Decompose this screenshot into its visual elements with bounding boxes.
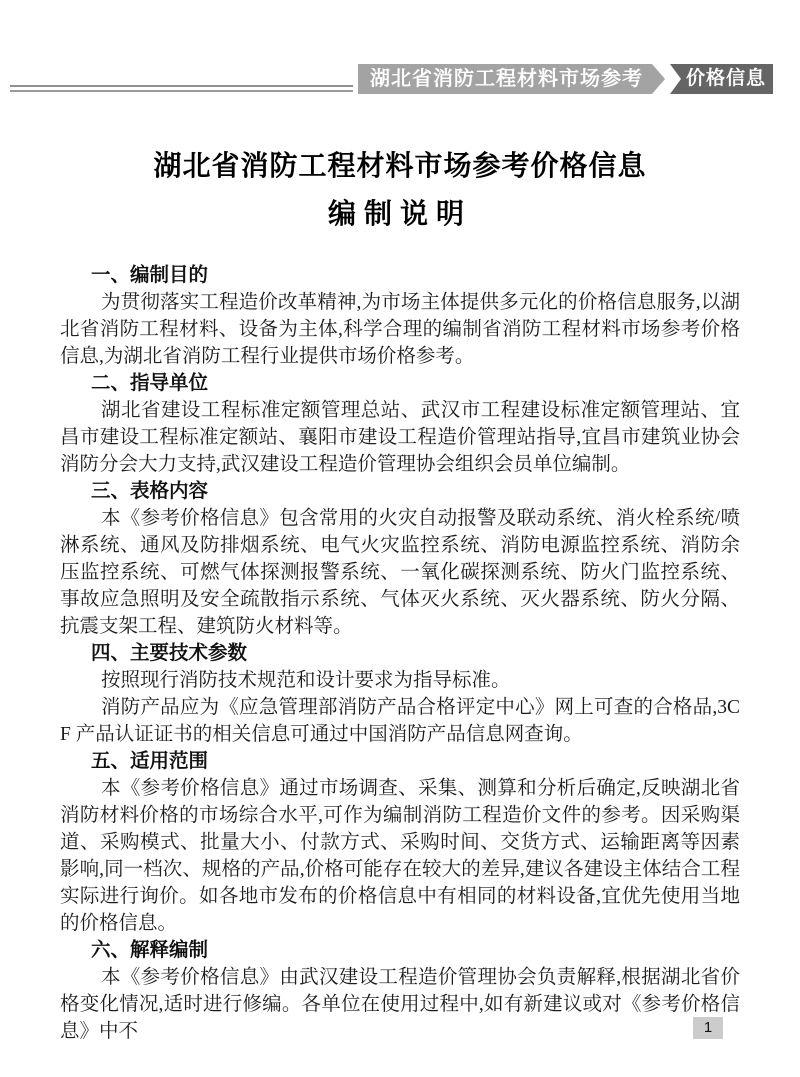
section-paragraph: 按照现行消防技术规范和设计要求为指导标准。	[60, 667, 740, 694]
section-heading-3: 三、表格内容	[60, 478, 740, 505]
section-paragraph: 本《参考价格信息》通过市场调查、采集、测算和分析后确定,反映湖北省消防材料价格的…	[60, 775, 740, 937]
page-subtitle: 编制说明	[60, 196, 740, 234]
document-content: 湖北省消防工程材料市场参考价格信息 编制说明 一、编制目的 为贯彻落实工程造价改…	[60, 0, 740, 1045]
document-body: 一、编制目的 为贯彻落实工程造价改革精神,为市场主体提供多元化的价格信息服务,以…	[60, 262, 740, 1045]
section-paragraph: 本《参考价格信息》由武汉建设工程造价管理协会负责解释,根据湖北省价格变化情况,适…	[60, 964, 740, 1045]
section-heading-5: 五、适用范围	[60, 748, 740, 775]
section-heading-2: 二、指导单位	[60, 370, 740, 397]
section-paragraph: 消防产品应为《应急管理部消防产品合格评定中心》网上可查的合格品,3CF 产品认证…	[60, 694, 740, 748]
section-heading-6: 六、解释编制	[60, 937, 740, 964]
section-heading-1: 一、编制目的	[60, 262, 740, 289]
document-page: 湖北省消防工程材料市场参考 价格信息 湖北省消防工程材料市场参考价格信息 编制说…	[0, 0, 800, 1077]
section-heading-4: 四、主要技术参数	[60, 640, 740, 667]
section-paragraph: 本《参考价格信息》包含常用的火灾自动报警及联动系统、消火栓系统/喷淋系统、通风及…	[60, 505, 740, 640]
page-title: 湖北省消防工程材料市场参考价格信息	[60, 0, 740, 186]
section-paragraph: 湖北省建设工程标准定额管理总站、武汉市工程建设标准定额管理站、宜昌市建设工程标准…	[60, 397, 740, 478]
page-number-badge: 1	[693, 1017, 723, 1039]
section-paragraph: 为贯彻落实工程造价改革精神,为市场主体提供多元化的价格信息服务,以湖北省消防工程…	[60, 289, 740, 370]
